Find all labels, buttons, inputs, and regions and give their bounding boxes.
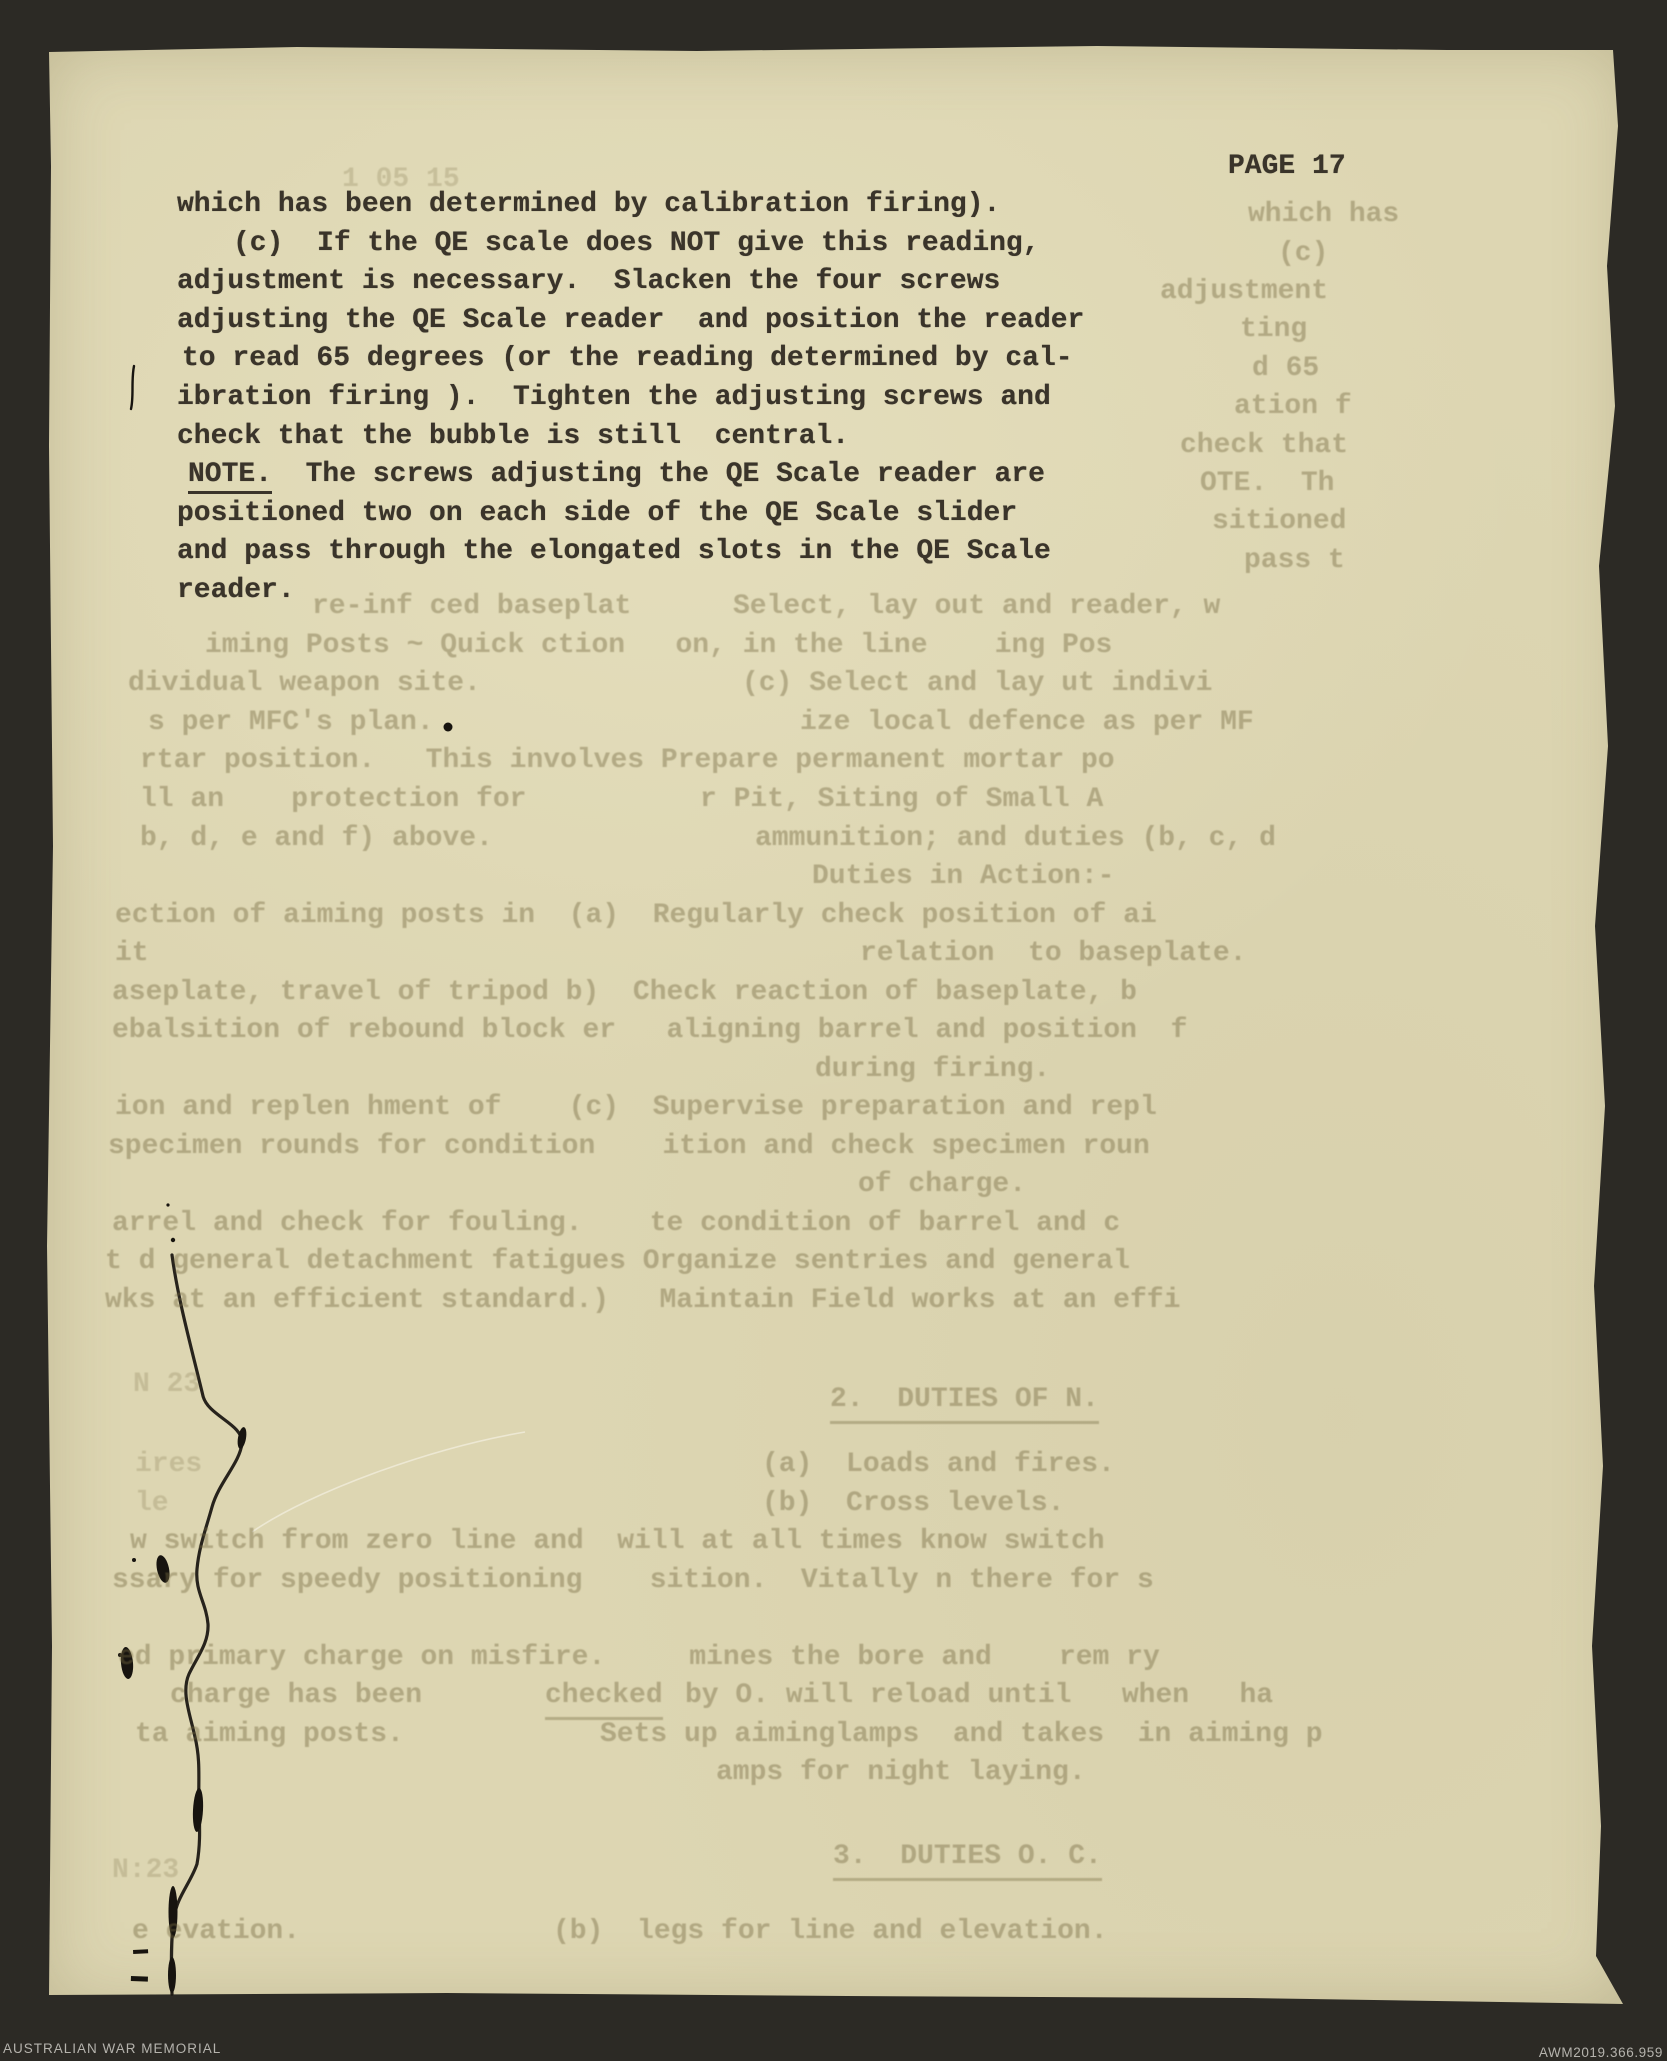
watermark-archive-name: AUSTRALIAN WAR MEMORIAL [3,2041,221,2056]
document-page [47,46,1625,2006]
watermark-accession-number: AWM2019.366.959 [1539,2045,1663,2060]
scan-stage: 1 05 15which has(c)adjustmenttingd 65ati… [0,0,1667,2061]
